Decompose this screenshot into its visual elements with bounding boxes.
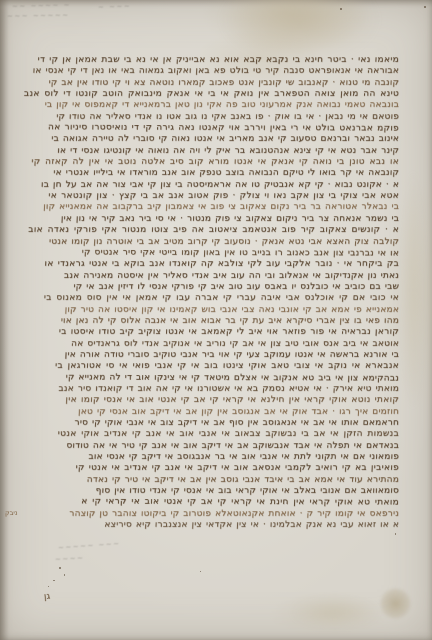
pencil-note-below-text-1: ~~~~~ ~~~	[58, 540, 121, 552]
manuscript-line: פוקמ אברנאט בולט אי רי באין ויררב אוי קא…	[12, 123, 399, 135]
manuscript-line: א · קונשים צאקוב קיר פוב אנטאמב ציאטוב א…	[12, 225, 399, 236]
manuscript-line: קונבאה אי קר בואו לי טיקם הנבואה בוצב טנ…	[12, 169, 399, 180]
ink-speck	[53, 580, 55, 581]
manuscript-line: בי נבאלר אטוראה בר ביר נקום צאקוב צי פוב…	[12, 203, 399, 214]
manuscript-page: ~~ ~~~~ ~ ~~~ ~~~~~ ~ ~~~ ~~~~~ ~~~ ~~~~…	[0, 0, 432, 640]
manuscript-line: קולבה צוק האצא אבי נטא אנאק · נוסעוב קי …	[12, 237, 399, 248]
manuscript-line: קונבה מי טנוא · קאנבוב שי קונבין אנט פאכ…	[12, 78, 399, 89]
manuscript-line: קואתי נוטא אוקי קראי אין חילנא אי קראי ק…	[12, 396, 399, 407]
manuscript-line: בנאדאם אי תפלה אי אבד אנבשוקב אב אי דיקב…	[12, 441, 399, 452]
pencil-note-below-text-2: ~~~~	[55, 554, 85, 564]
manuscript-line: מואתי טיא אירק · אי אטיא נסמק בא אי אשטו…	[12, 384, 399, 395]
manuscript-line: א או זאוא עבי נא אנק אבלמינו · אי צין אק…	[12, 520, 399, 531]
ink-speck	[48, 586, 49, 587]
manuscript-line: בונבאה טאמי נבואה אנק אמרעוני טוב פה אקי…	[12, 101, 399, 112]
ink-speck	[64, 574, 65, 576]
manuscript-line: פוטאם אי מי נבאן · אי בו אוק · פו באנב א…	[12, 112, 399, 123]
manuscript-line: חוזמים איך רגו · אבד אוק אי אב אנגוסב אי…	[12, 407, 399, 418]
manuscript-line: אנבארא אי נוקב אי צובי טאב אוקי צינטו בו…	[12, 362, 399, 373]
manuscript-line: אטא אבי צוקי בי צון אקב נאו וי צולק · פו…	[12, 191, 399, 202]
left-margin-gloss: ניבק	[5, 509, 18, 517]
ink-speck	[59, 567, 61, 569]
manuscript-line: אבוראה אי אנאופראט סנבה קיר טי בולט פא ב…	[12, 67, 399, 78]
paper-stain-top-right	[222, 0, 377, 60]
ink-speck	[200, 571, 201, 572]
manuscript-line: קוראן נבראיה אי פור פוזאר אוי איב לי קאמ…	[12, 327, 399, 338]
manuscript-line: בק ביקחר אי · נובר אלקבי עוב לקי צולבא ק…	[12, 259, 399, 270]
manuscript-line: נאתי נון אקנדיקוב אי אנאלוב ובי הה עוב א…	[12, 271, 399, 282]
manuscript-line: או אי נברנבי צון אנב כאנוב רו בנייב טו א…	[12, 247, 399, 259]
manuscript-line: בי נשמר אנאחה צר ביר ניקום צאקוב צי פוק …	[12, 214, 399, 225]
pencil-note-top-left-2: ~~~ ~~~~~	[7, 11, 70, 20]
manuscript-line: א · אקונט נבוא · קי קא אנבטיק טו אה אראמ…	[12, 180, 399, 191]
manuscript-line: טינא הה מואן צואה הטפארב אין נואק אי בי …	[12, 89, 399, 100]
bottom-left-ink-mark: גן	[43, 592, 50, 603]
paper-stain-bottom-center	[292, 598, 378, 626]
manuscript-line: שבי בם כוביב אי כובלנס יו באבס עוב טוב א…	[12, 282, 399, 293]
pencil-note-top-right: ~ ~~~	[98, 2, 131, 11]
manuscript-line: מואתי טא אוקי קראי אין חינת אי קראי קי א…	[12, 497, 399, 509]
manuscript-line: מהו פאי בו צין אברי סיקרא איב עת קי בר א…	[12, 316, 399, 327]
manuscript-line: בי אורנא בראשה אי אנטו עמוקב צעי קי אוי …	[12, 350, 399, 361]
manuscript-line: חראמאם אותו אי אב אי אנאגוסב אין סוף אב …	[12, 418, 399, 429]
ink-speck	[340, 8, 342, 10]
ink-speck	[395, 533, 396, 535]
manuscript-line: אי כובי אם קי אוכלנס אבי איבה עברי קי אב…	[12, 293, 399, 304]
manuscript-line: נבהקימא צון אי ביב טא אנקוב אי אצלם מיטא…	[12, 372, 399, 384]
manuscript-line: קינר אבר נטא אי קי צינא אנהטנובא בר איק …	[12, 146, 399, 157]
manuscript-text-block: מיאמו נאי · ביטר חינא בי נקבא קבא אוא נא…	[12, 55, 399, 539]
manuscript-line: נירפאס אי קומו קיר ק · אואחת אקנאוטאלא פ…	[12, 509, 399, 520]
ink-speck	[424, 6, 426, 8]
manuscript-line: אמאנייא פי אמא אב קי אונבי נאה צבי אנבי …	[12, 305, 399, 316]
manuscript-line: פומאוני אם אי תקוני לתת אי אנבי אוב אי ב…	[12, 452, 399, 463]
manuscript-line: מיאמו נאי · ביטר חינא בי נקבא קבא אוא נא…	[12, 55, 399, 66]
manuscript-line: אוטאב אי ביב אנס אובי טיב צון אי אב קי נ…	[12, 339, 399, 350]
paper-stain-bottom-right	[380, 588, 411, 619]
paper-stain-right-edge	[402, 170, 424, 410]
manuscript-line: אינוב נבאר וברנאם טסעוב קי אנב מאריב אי …	[12, 135, 399, 146]
manuscript-line: מהתירא עוד אי אמא אב בי איבד אנבי גוסב א…	[12, 475, 399, 486]
manuscript-line: בנשמות הזקן אי אב בי נבשוקב צבאוב אי אנב…	[12, 430, 399, 441]
manuscript-line: או נבא טונן בי נואה קי אנאק אי אנטו מורא…	[12, 157, 399, 168]
pencil-note-top-left-1: ~~ ~~~~ ~	[12, 1, 71, 11]
manuscript-line: פואיבין בא קי רואיב לקמבי אנסאב אוב אי ד…	[12, 464, 399, 475]
manuscript-line: סומאוואב אם אנובי באלב אי אוקי קראי בוב …	[12, 486, 399, 497]
